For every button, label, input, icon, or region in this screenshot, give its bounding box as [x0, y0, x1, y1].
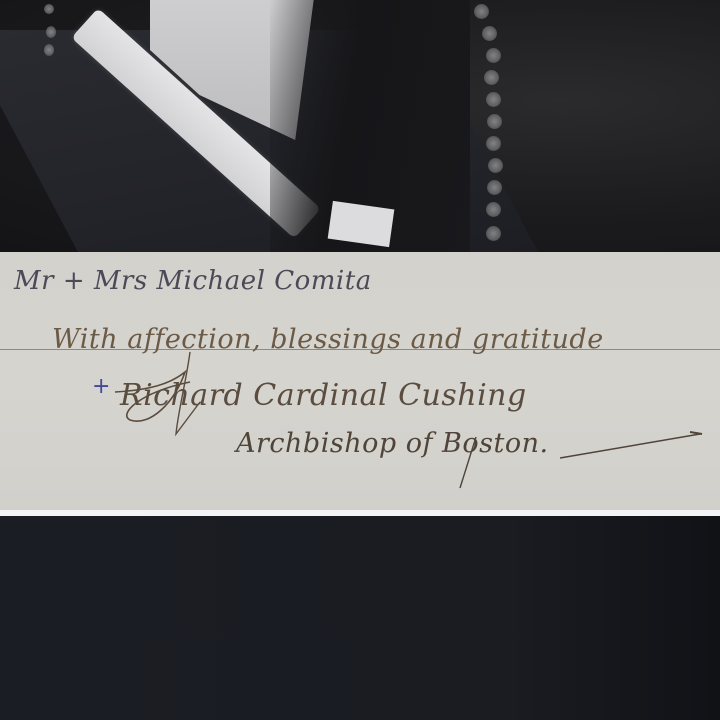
cross-icon: +: [92, 374, 110, 399]
photograph: [0, 0, 720, 252]
recipient-line: Mr + Mrs Michael Comita: [14, 266, 372, 296]
rosary-beads: [474, 0, 508, 252]
framed-autograph: Mr + Mrs Michael Comita With affection, …: [0, 0, 720, 720]
dedication-line: With affection, blessings and gratitude: [52, 324, 604, 355]
left-beads: [42, 0, 62, 90]
signature-line: Richard Cardinal Cushing: [120, 378, 527, 413]
dark-mat: [0, 516, 720, 720]
title-line: Archbishop of Boston.: [236, 428, 549, 459]
inscription-card: Mr + Mrs Michael Comita With affection, …: [0, 252, 720, 510]
